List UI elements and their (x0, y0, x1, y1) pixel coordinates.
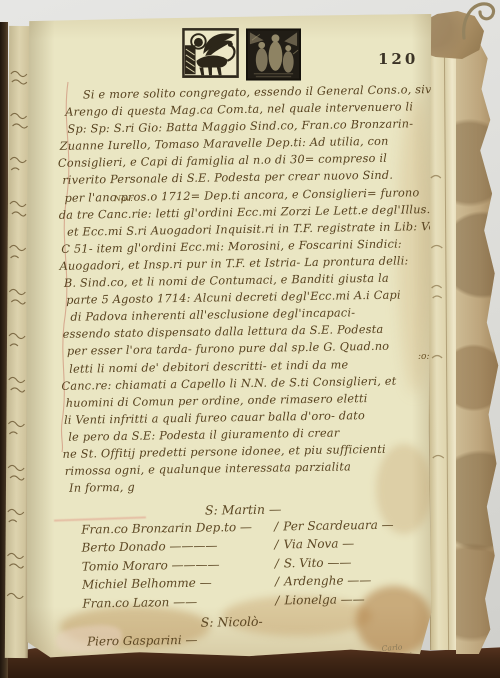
interlinear-note: Nov: (114, 194, 133, 203)
manuscript-photo: 120 Si e more solito congregato, essendo… (0, 0, 500, 678)
elected-officers-list: S: Martin — Fran.co Bronzarin Dep.to — /… (59, 499, 433, 653)
slash-separator: / (269, 519, 283, 538)
slash-separator: / (270, 556, 284, 575)
district-name: S. Vito —— (284, 555, 352, 574)
district-name: Per Scardeuara — (283, 518, 394, 538)
saints-figures-stamp-icon (246, 28, 301, 81)
slash-separator: / (269, 538, 283, 557)
parchment-cover-edge (456, 40, 500, 654)
lion-of-st-mark-stamp-icon (182, 27, 240, 80)
slash-separator: / (270, 575, 284, 594)
district-name: Ardenghe —— (284, 573, 372, 593)
manuscript-page: 120 Si e more solito congregato, essendo… (26, 14, 432, 658)
manuscript-body: Si e more solito congregato, essendo il … (57, 81, 433, 497)
district-name: Lionelga —— (284, 592, 365, 612)
district-name: Via Nova — (283, 537, 354, 556)
margin-note: :o: (418, 352, 429, 362)
page-number: 120 (378, 50, 418, 68)
resident-name: Fran.co Lazon —— (82, 593, 270, 614)
tie-string-curl-icon (452, 0, 500, 40)
slash-separator: / (270, 593, 284, 612)
